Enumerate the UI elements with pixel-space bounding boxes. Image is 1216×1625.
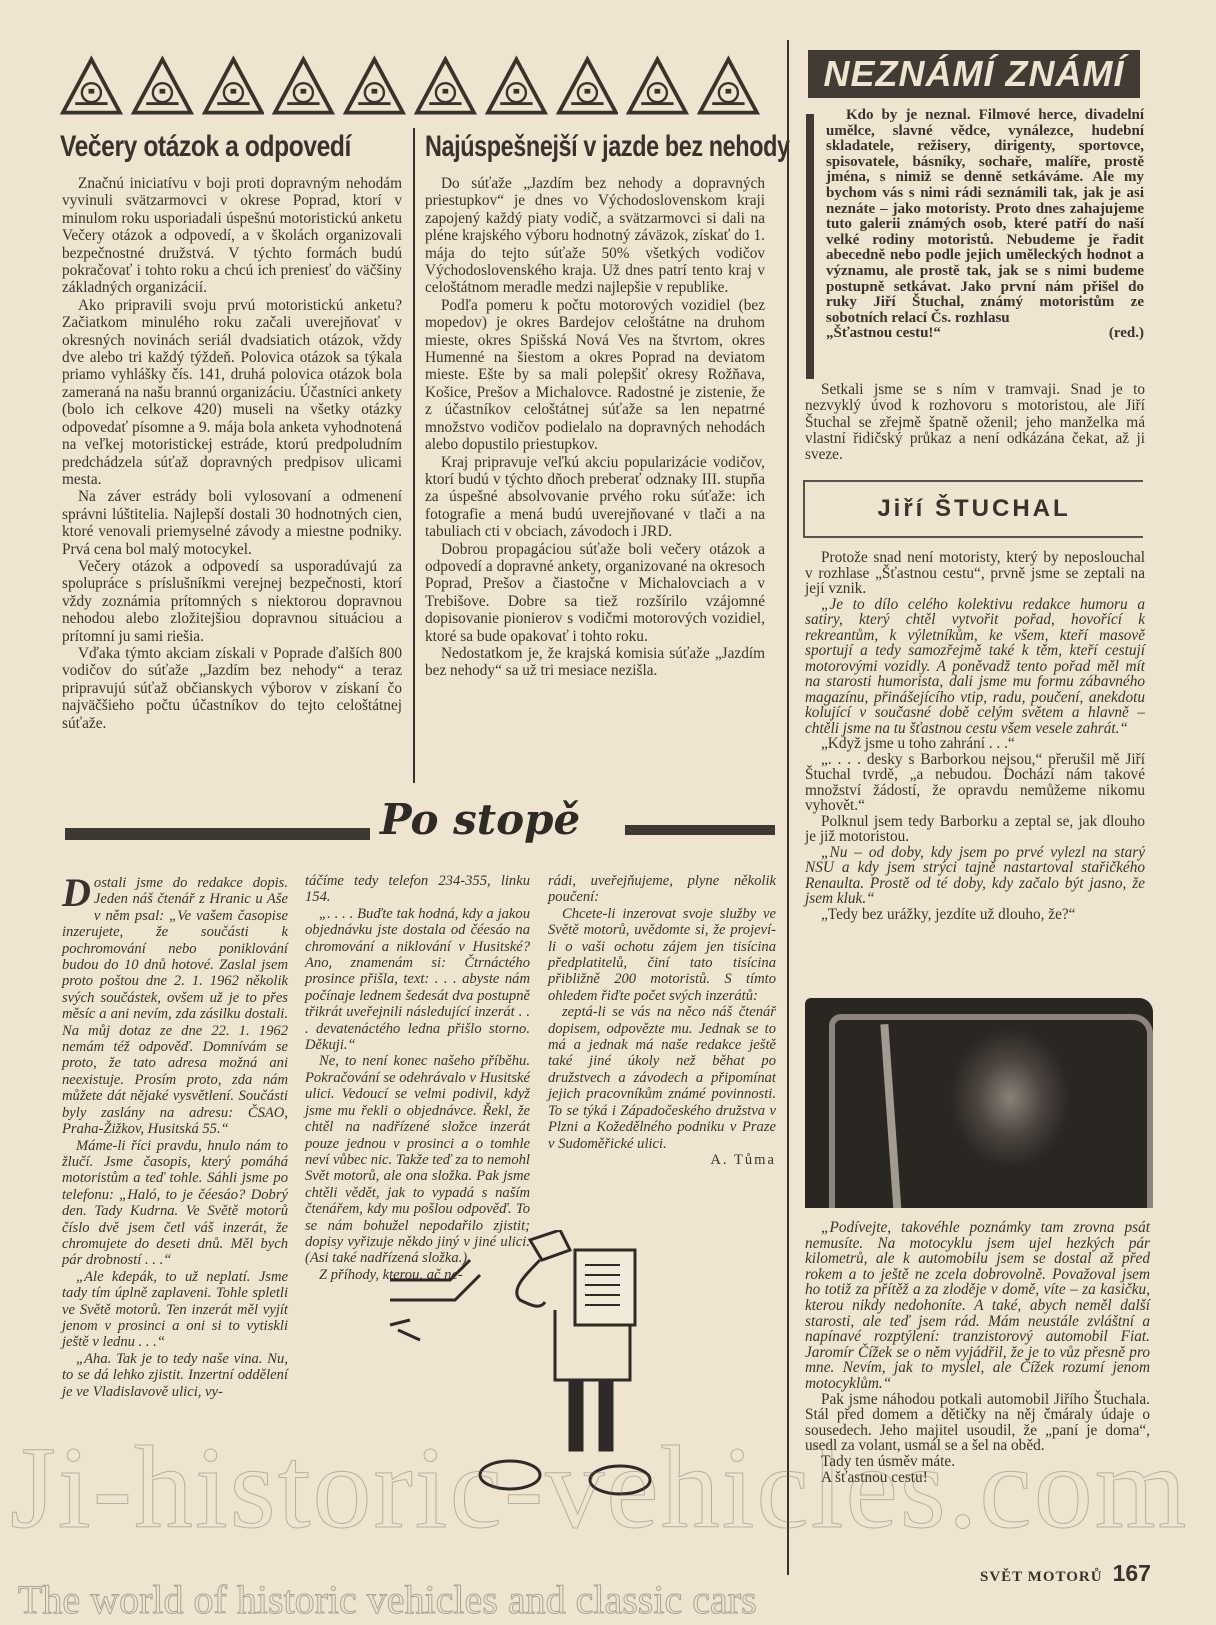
watermark-domain: Ji-historic-vehicles.com: [10, 1420, 1189, 1556]
intro-credit: (red.): [1109, 326, 1144, 342]
paragraph: Večery otázok a odpovedí sa usporadúvajú…: [62, 558, 402, 645]
paragraph: zeptá-li se vás na něco náš čtenář dopis…: [548, 1004, 776, 1152]
paragraph: Kraj pripravuje veľkú akciu popularizáci…: [425, 454, 765, 541]
paragraph: Polknul jsem tedy Barborku a zeptal se, …: [805, 814, 1145, 845]
paragraph: „Nu – od doby, kdy jsem po prvé vylezl n…: [805, 845, 1145, 907]
road-warning-triangle-icon: [131, 55, 194, 117]
paragraph: „Aha. Tak je to tedy naše vina. Nu, to s…: [62, 1351, 288, 1400]
paragraph-text: ostali jsme do redakce dopis. Jeden náš …: [62, 875, 288, 1137]
watermark-tagline: The world of historic vehicles and class…: [18, 1576, 757, 1623]
po-stope-column-2: táčíme tedy telefon 234-355, linku 154. …: [305, 873, 530, 1283]
drop-cap: D: [62, 877, 91, 909]
section-rule-left: [65, 828, 370, 840]
po-stope-heading: Po stopě: [380, 795, 580, 844]
magazine-name: SVĚT MOTORŮ: [980, 1569, 1103, 1586]
paragraph: „Podívejte, takovéhle poznámky tam zrovn…: [805, 1220, 1150, 1392]
portrait-photo: [805, 998, 1153, 1208]
po-stope-column-3: rádi, uveřejňujeme, plyne několik poučen…: [548, 873, 776, 1168]
paragraph: rádi, uveřejňujeme, plyne několik poučen…: [548, 873, 776, 906]
paragraph: „. . . . Buďte tak hodná, kdy a jakou ob…: [305, 906, 530, 1054]
road-warning-triangle-icon: [202, 55, 265, 117]
article2-title: Najúspešnejší v jazde bez nehody: [425, 130, 690, 164]
column-divider: [787, 40, 789, 1575]
paragraph: Dostali jsme do redakce dopis. Jeden náš…: [62, 875, 288, 1138]
paragraph: Do súťaže „Jazdím bez nehody a dopravnýc…: [425, 175, 765, 297]
neznami-znami-banner: NEZNÁMÍ ZNÁMÍ: [808, 50, 1140, 98]
intro-signoff: „Šťastnou cestu!“ (red.): [826, 326, 1144, 342]
lead-paragraph: Setkali jsme se s ním v tramvaji. Snad j…: [805, 382, 1145, 463]
intro-accent-bar: [806, 114, 814, 379]
paragraph: Chcete-li inzerovat svoje služby ve Svět…: [548, 906, 776, 1004]
intro-last: „Šťastnou cestu!“: [826, 326, 941, 342]
road-warning-triangle-icon: [626, 55, 689, 117]
name-heading-box: Jiří ŠTUCHAL: [803, 480, 1143, 538]
author-signature: A. Tůma: [548, 1152, 776, 1168]
paragraph: Značnú iniciatívu v boji proti dopravným…: [62, 175, 402, 297]
paragraph: „Je to dílo celého kolektivu redakce hum…: [805, 597, 1145, 737]
intro-text: Kdo by je neznal. Filmové herce, divadel…: [826, 108, 1144, 326]
paragraph: Na záver estrády boli vylosovaní a odmen…: [62, 488, 402, 558]
sidebar-intro: Kdo by je neznal. Filmové herce, divadel…: [826, 108, 1144, 342]
paragraph: Dobrou propagáciou súťaže boli večery ot…: [425, 541, 765, 645]
article1-title: Večery otázok a odpovedí: [60, 130, 339, 164]
sidebar-lead: Setkali jsme se s ním v tramvaji. Snad j…: [805, 382, 1145, 463]
road-warning-triangle-icon: [697, 55, 760, 117]
paragraph: táčíme tedy telefon 234-355, linku 154.: [305, 873, 530, 906]
paragraph: Máme-li říci pravdu, hnulo nám to žlučí.…: [62, 1138, 288, 1269]
name-heading: Jiří ŠTUCHAL: [877, 495, 1070, 523]
paragraph: Vďaka týmto akciam získali v Poprade ďal…: [62, 645, 402, 732]
section-rule-right: [625, 825, 775, 835]
column-divider: [413, 128, 415, 783]
road-warning-triangle-icon: [485, 55, 548, 117]
article2-body: Do súťaže „Jazdím bez nehody a dopravnýc…: [425, 175, 765, 680]
page-footer: SVĚT MOTORŮ 167: [980, 1560, 1151, 1587]
paragraph: „. . . . desky s Barborkou nejsou,“ přer…: [805, 752, 1145, 814]
paragraph: Protože snad není motoristy, který by ne…: [805, 550, 1145, 597]
paragraph: „Když jsme u toho zahrání . . .“: [805, 736, 1145, 752]
interview-body: Protože snad není motoristy, který by ne…: [805, 550, 1145, 922]
paragraph: Nedostatkom je, že krajská komisia súťaž…: [425, 645, 765, 680]
paragraph: Podľa pomeru k počtu motorových vozidiel…: [425, 297, 765, 454]
road-warning-triangle-icon: [272, 55, 335, 117]
po-stope-column-1: Dostali jsme do redakce dopis. Jeden náš…: [62, 875, 288, 1400]
road-warning-triangle-icon: [60, 55, 123, 117]
warning-triangle-row: [60, 55, 760, 117]
road-warning-triangle-icon: [414, 55, 477, 117]
car-window-frame: [829, 1014, 1153, 1208]
paragraph: „Tedy bez urážky, jezdíte už dlouho, že?…: [805, 907, 1145, 923]
road-warning-triangle-icon: [556, 55, 619, 117]
paragraph: Ako pripravili svoju prvú motoristickú a…: [62, 297, 402, 488]
article1-body: Značnú iniciatívu v boji proti dopravným…: [62, 175, 402, 732]
page-number: 167: [1113, 1560, 1151, 1587]
road-warning-triangle-icon: [343, 55, 406, 117]
paragraph: „Ale kdepák, to už neplatí. Jsme tady tí…: [62, 1269, 288, 1351]
